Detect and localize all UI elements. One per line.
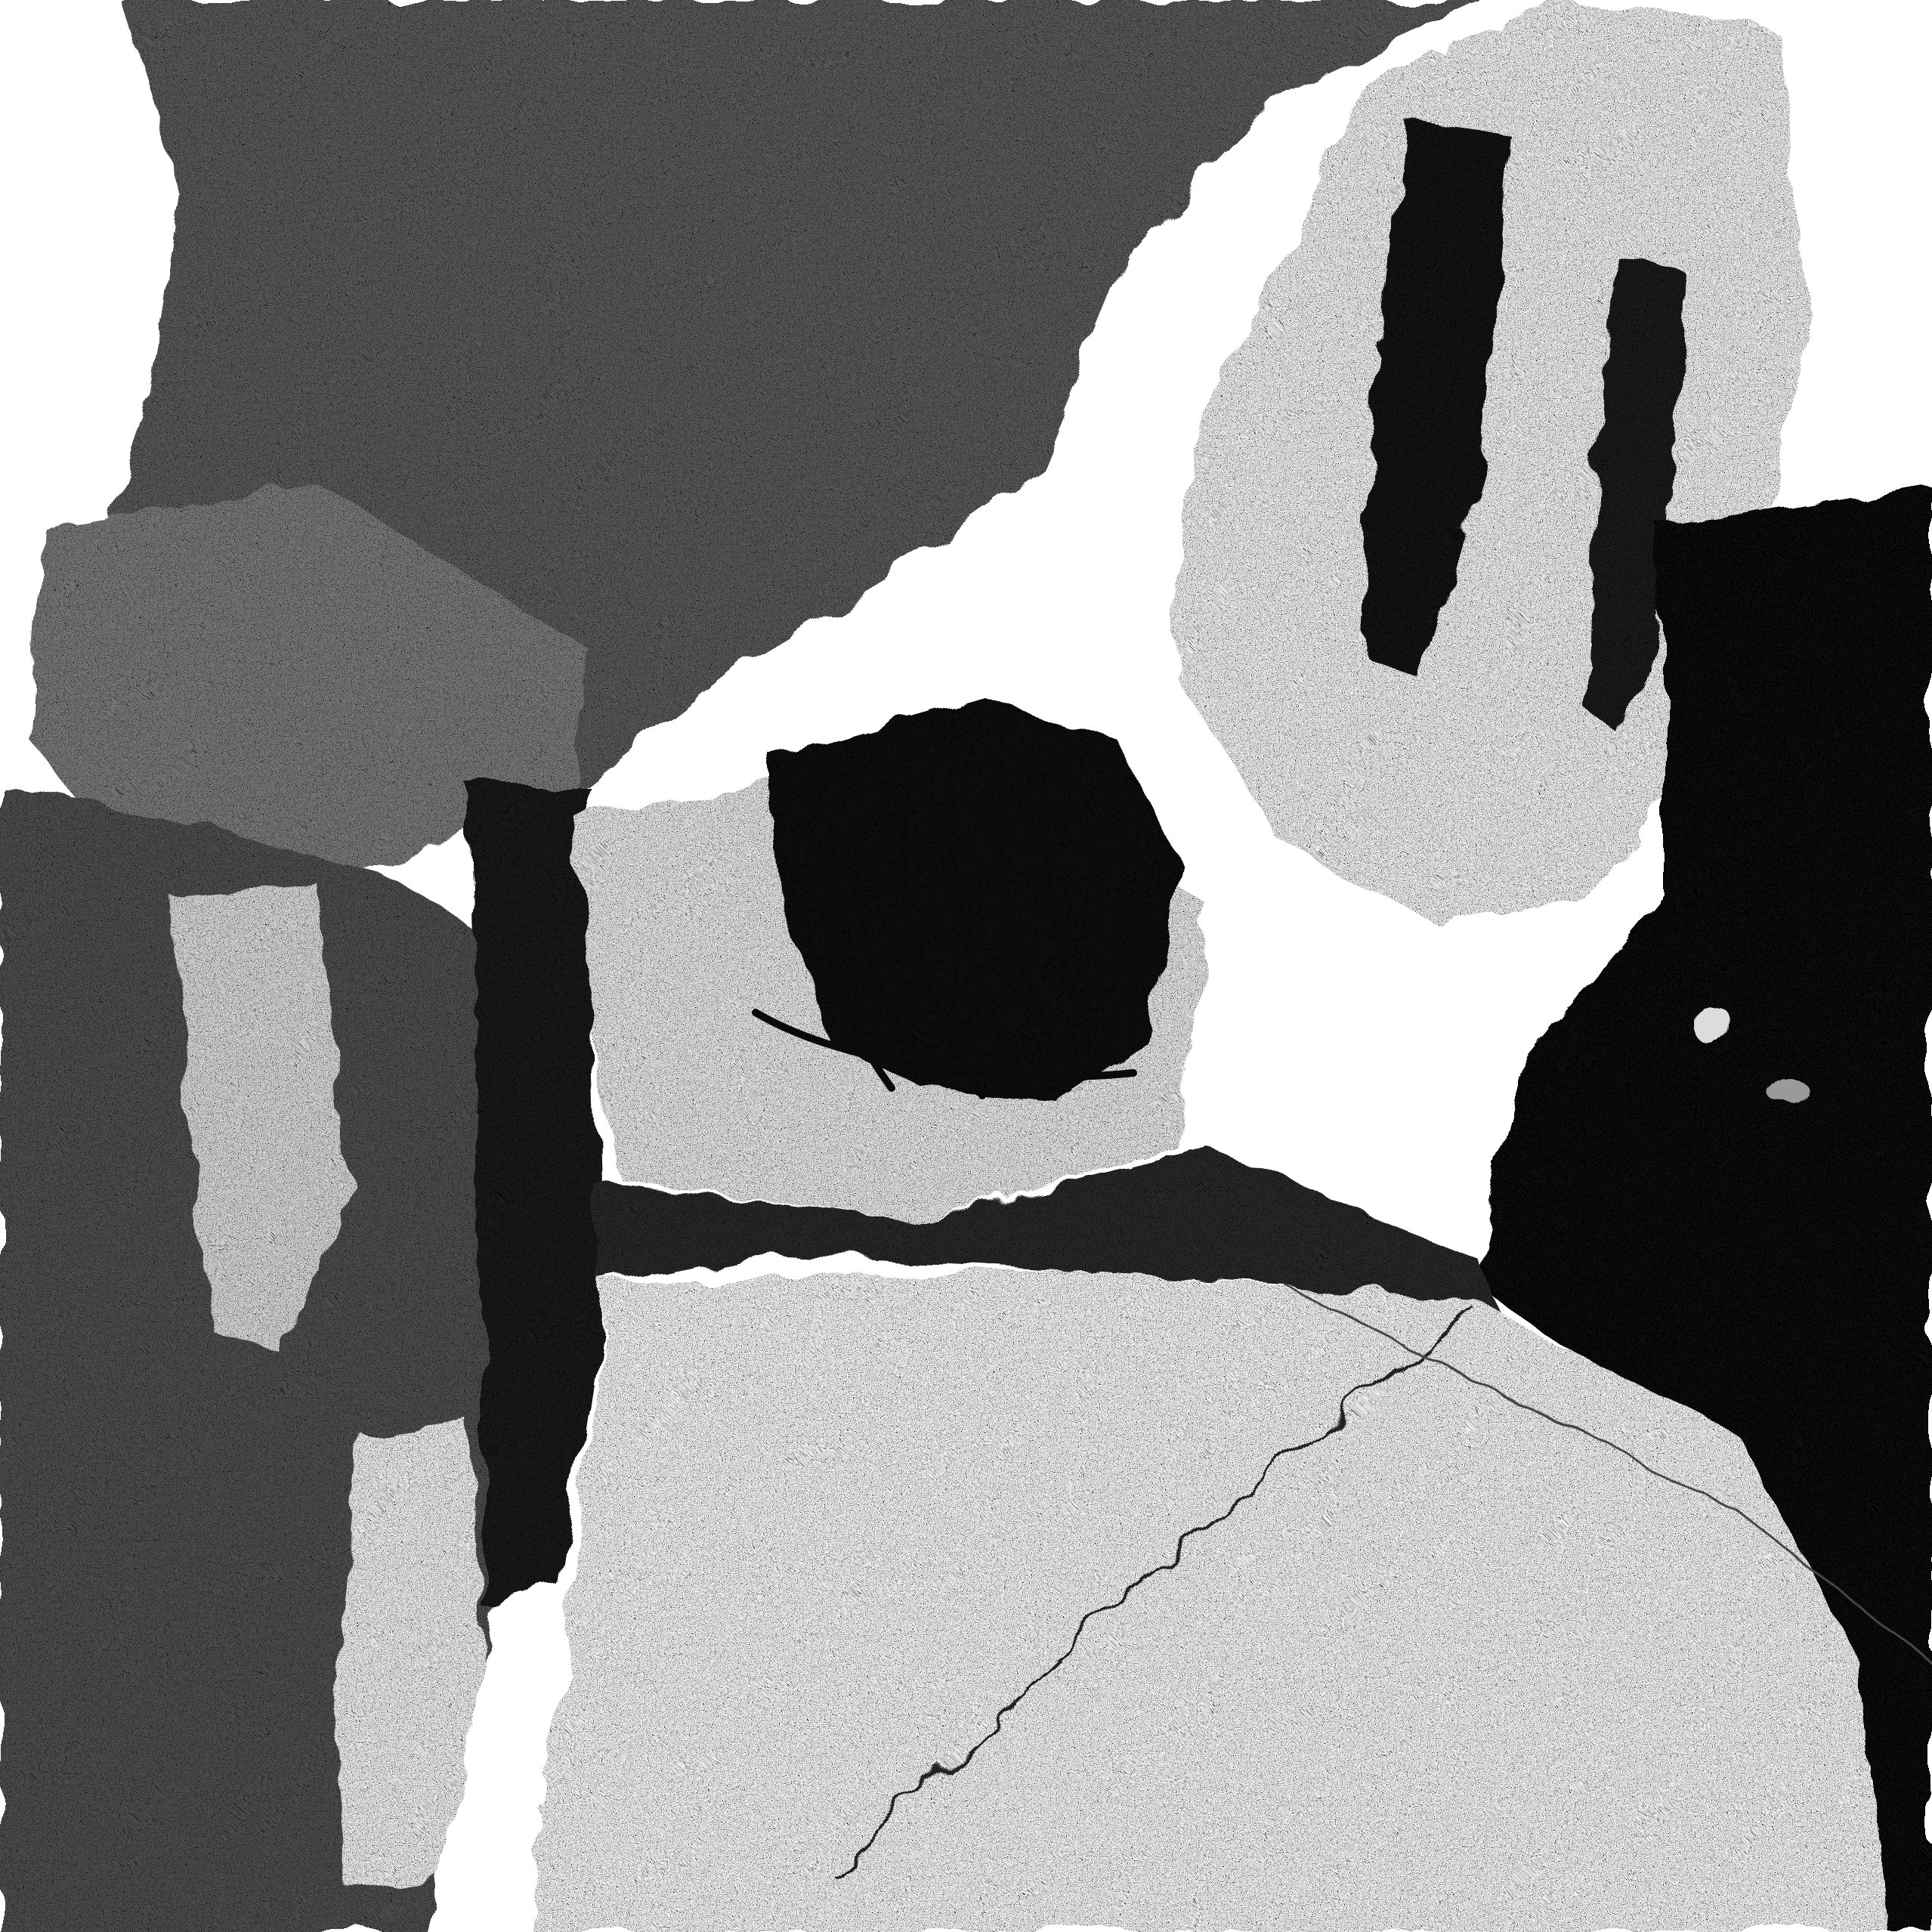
photocopy-artwork (0, 0, 1932, 1932)
garment-button (1699, 1005, 1732, 1050)
garment-button-2 (1771, 1079, 1810, 1109)
